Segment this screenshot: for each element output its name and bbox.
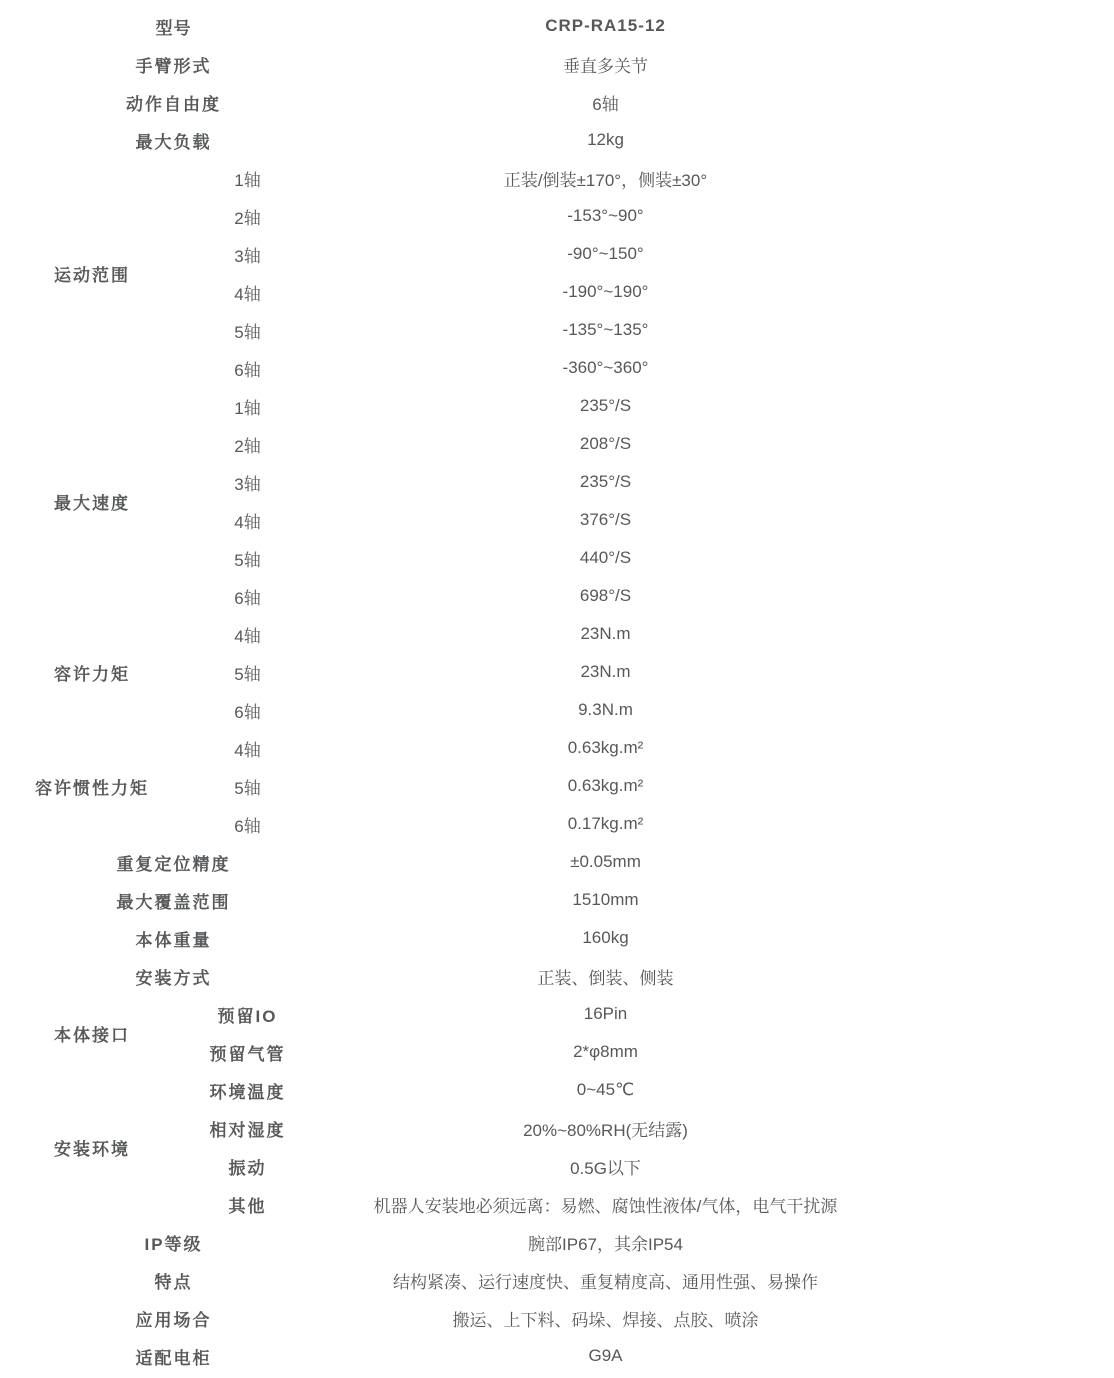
spec-value: 6轴 — [330, 84, 881, 120]
spec-value: 23N.m — [330, 654, 881, 690]
spec-sub-label: 预留IO — [167, 996, 328, 1032]
spec-row: 特点结构紧凑、运行速度快、重复精度高、通用性强、易操作 — [19, 1262, 881, 1298]
spec-value: -90°~150° — [330, 236, 881, 272]
spec-value: 正装/倒装±170°，侧装±30° — [330, 160, 881, 196]
spec-header-row: 型号CRP-RA15-12 — [19, 8, 881, 44]
spec-sub-label: 4轴 — [167, 730, 328, 766]
spec-sub-label: 3轴 — [167, 236, 328, 272]
spec-sub-label: 环境温度 — [167, 1072, 328, 1108]
spec-value: 结构紧凑、运行速度快、重复精度高、通用性强、易操作 — [330, 1262, 881, 1298]
spec-value: 2*φ8mm — [330, 1034, 881, 1070]
spec-row: 安装环境环境温度0~45℃ — [19, 1072, 881, 1108]
spec-label: 安装方式 — [19, 958, 328, 994]
section-label: 容许惯性力矩 — [19, 730, 165, 842]
spec-value: 垂直多关节 — [330, 46, 881, 82]
spec-sub-label: 5轴 — [167, 768, 328, 804]
spec-value: 正装、倒装、侧装 — [330, 958, 881, 994]
spec-value: 440°/S — [330, 540, 881, 576]
spec-value: 20%~80%RH(无结露) — [330, 1110, 881, 1146]
section-label: 容许力矩 — [19, 616, 165, 728]
spec-value: 16Pin — [330, 996, 881, 1032]
spec-sub-label: 6轴 — [167, 692, 328, 728]
spec-row: 本体接口预留IO16Pin — [19, 996, 881, 1032]
spec-value: -360°~360° — [330, 350, 881, 386]
spec-row: 重复定位精度±0.05mm — [19, 844, 881, 880]
spec-label: 手臂形式 — [19, 46, 328, 82]
spec-value: 0.17kg.m² — [330, 806, 881, 842]
spec-row: 本体重量160kg — [19, 920, 881, 956]
spec-row: 容许力矩4轴23N.m — [19, 616, 881, 652]
spec-sub-label: 6轴 — [167, 806, 328, 842]
spec-value: 698°/S — [330, 578, 881, 614]
spec-value: 160kg — [330, 920, 881, 956]
spec-row: 运动范围1轴正装/倒装±170°，侧装±30° — [19, 160, 881, 196]
spec-row: IP等级腕部IP67，其余IP54 — [19, 1224, 881, 1260]
spec-label: 动作自由度 — [19, 84, 328, 120]
spec-label: 适配电柜 — [19, 1338, 328, 1374]
spec-row: 动作自由度6轴 — [19, 84, 881, 120]
spec-value: 235°/S — [330, 464, 881, 500]
spec-value: ±0.05mm — [330, 844, 881, 880]
spec-value: 1510mm — [330, 882, 881, 918]
spec-value: 0.63kg.m² — [330, 768, 881, 804]
spec-label: IP等级 — [19, 1224, 328, 1260]
spec-sub-label: 4轴 — [167, 502, 328, 538]
spec-value: 腕部IP67，其余IP54 — [330, 1224, 881, 1260]
spec-sub-label: 1轴 — [167, 388, 328, 424]
section-label: 本体接口 — [19, 996, 165, 1070]
spec-table-body: 型号CRP-RA15-12手臂形式垂直多关节动作自由度6轴最大负载12kg运动范… — [19, 8, 881, 1374]
spec-row: 最大速度1轴235°/S — [19, 388, 881, 424]
spec-value: G9A — [330, 1338, 881, 1374]
spec-row: 应用场合搬运、上下料、码垛、焊接、点胶、喷涂 — [19, 1300, 881, 1336]
spec-sub-label: 预留气管 — [167, 1034, 328, 1070]
spec-row: 最大负载12kg — [19, 122, 881, 158]
spec-sub-label: 3轴 — [167, 464, 328, 500]
spec-sub-label: 相对湿度 — [167, 1110, 328, 1146]
section-label: 最大速度 — [19, 388, 165, 614]
spec-value: 9.3N.m — [330, 692, 881, 728]
spec-label: 最大覆盖范围 — [19, 882, 328, 918]
spec-table: 型号CRP-RA15-12手臂形式垂直多关节动作自由度6轴最大负载12kg运动范… — [17, 6, 883, 1376]
spec-value: 0.5G以下 — [330, 1148, 881, 1184]
spec-value: 23N.m — [330, 616, 881, 652]
spec-sub-label: 其他 — [167, 1186, 328, 1222]
spec-label: 应用场合 — [19, 1300, 328, 1336]
spec-sub-label: 4轴 — [167, 616, 328, 652]
spec-sub-label: 4轴 — [167, 274, 328, 310]
spec-sub-label: 6轴 — [167, 578, 328, 614]
spec-row: 安装方式正装、倒装、侧装 — [19, 958, 881, 994]
spec-sub-label: 1轴 — [167, 160, 328, 196]
spec-label: 特点 — [19, 1262, 328, 1298]
spec-value: 机器人安装地必须远离：易燃、腐蚀性液体/气体，电气干扰源 — [330, 1186, 881, 1222]
spec-label: 最大负载 — [19, 122, 328, 158]
spec-sub-label: 2轴 — [167, 198, 328, 234]
spec-value: 12kg — [330, 122, 881, 158]
spec-value: 搬运、上下料、码垛、焊接、点胶、喷涂 — [330, 1300, 881, 1336]
spec-value: -153°~90° — [330, 198, 881, 234]
spec-value: -135°~135° — [330, 312, 881, 348]
spec-value: 0.63kg.m² — [330, 730, 881, 766]
spec-value: 208°/S — [330, 426, 881, 462]
spec-value: 235°/S — [330, 388, 881, 424]
model-value-cell: CRP-RA15-12 — [330, 8, 881, 44]
spec-sub-label: 5轴 — [167, 540, 328, 576]
section-label: 运动范围 — [19, 160, 165, 386]
spec-sub-label: 5轴 — [167, 654, 328, 690]
spec-sub-label: 6轴 — [167, 350, 328, 386]
spec-sub-label: 2轴 — [167, 426, 328, 462]
section-label: 安装环境 — [19, 1072, 165, 1222]
spec-label: 本体重量 — [19, 920, 328, 956]
spec-value: 0~45℃ — [330, 1072, 881, 1108]
spec-row: 最大覆盖范围1510mm — [19, 882, 881, 918]
spec-sub-label: 振动 — [167, 1148, 328, 1184]
spec-row: 手臂形式垂直多关节 — [19, 46, 881, 82]
spec-sub-label: 5轴 — [167, 312, 328, 348]
spec-row: 适配电柜G9A — [19, 1338, 881, 1374]
model-label-cell: 型号 — [19, 8, 328, 44]
spec-row: 容许惯性力矩4轴0.63kg.m² — [19, 730, 881, 766]
spec-label: 重复定位精度 — [19, 844, 328, 880]
spec-value: -190°~190° — [330, 274, 881, 310]
spec-value: 376°/S — [330, 502, 881, 538]
